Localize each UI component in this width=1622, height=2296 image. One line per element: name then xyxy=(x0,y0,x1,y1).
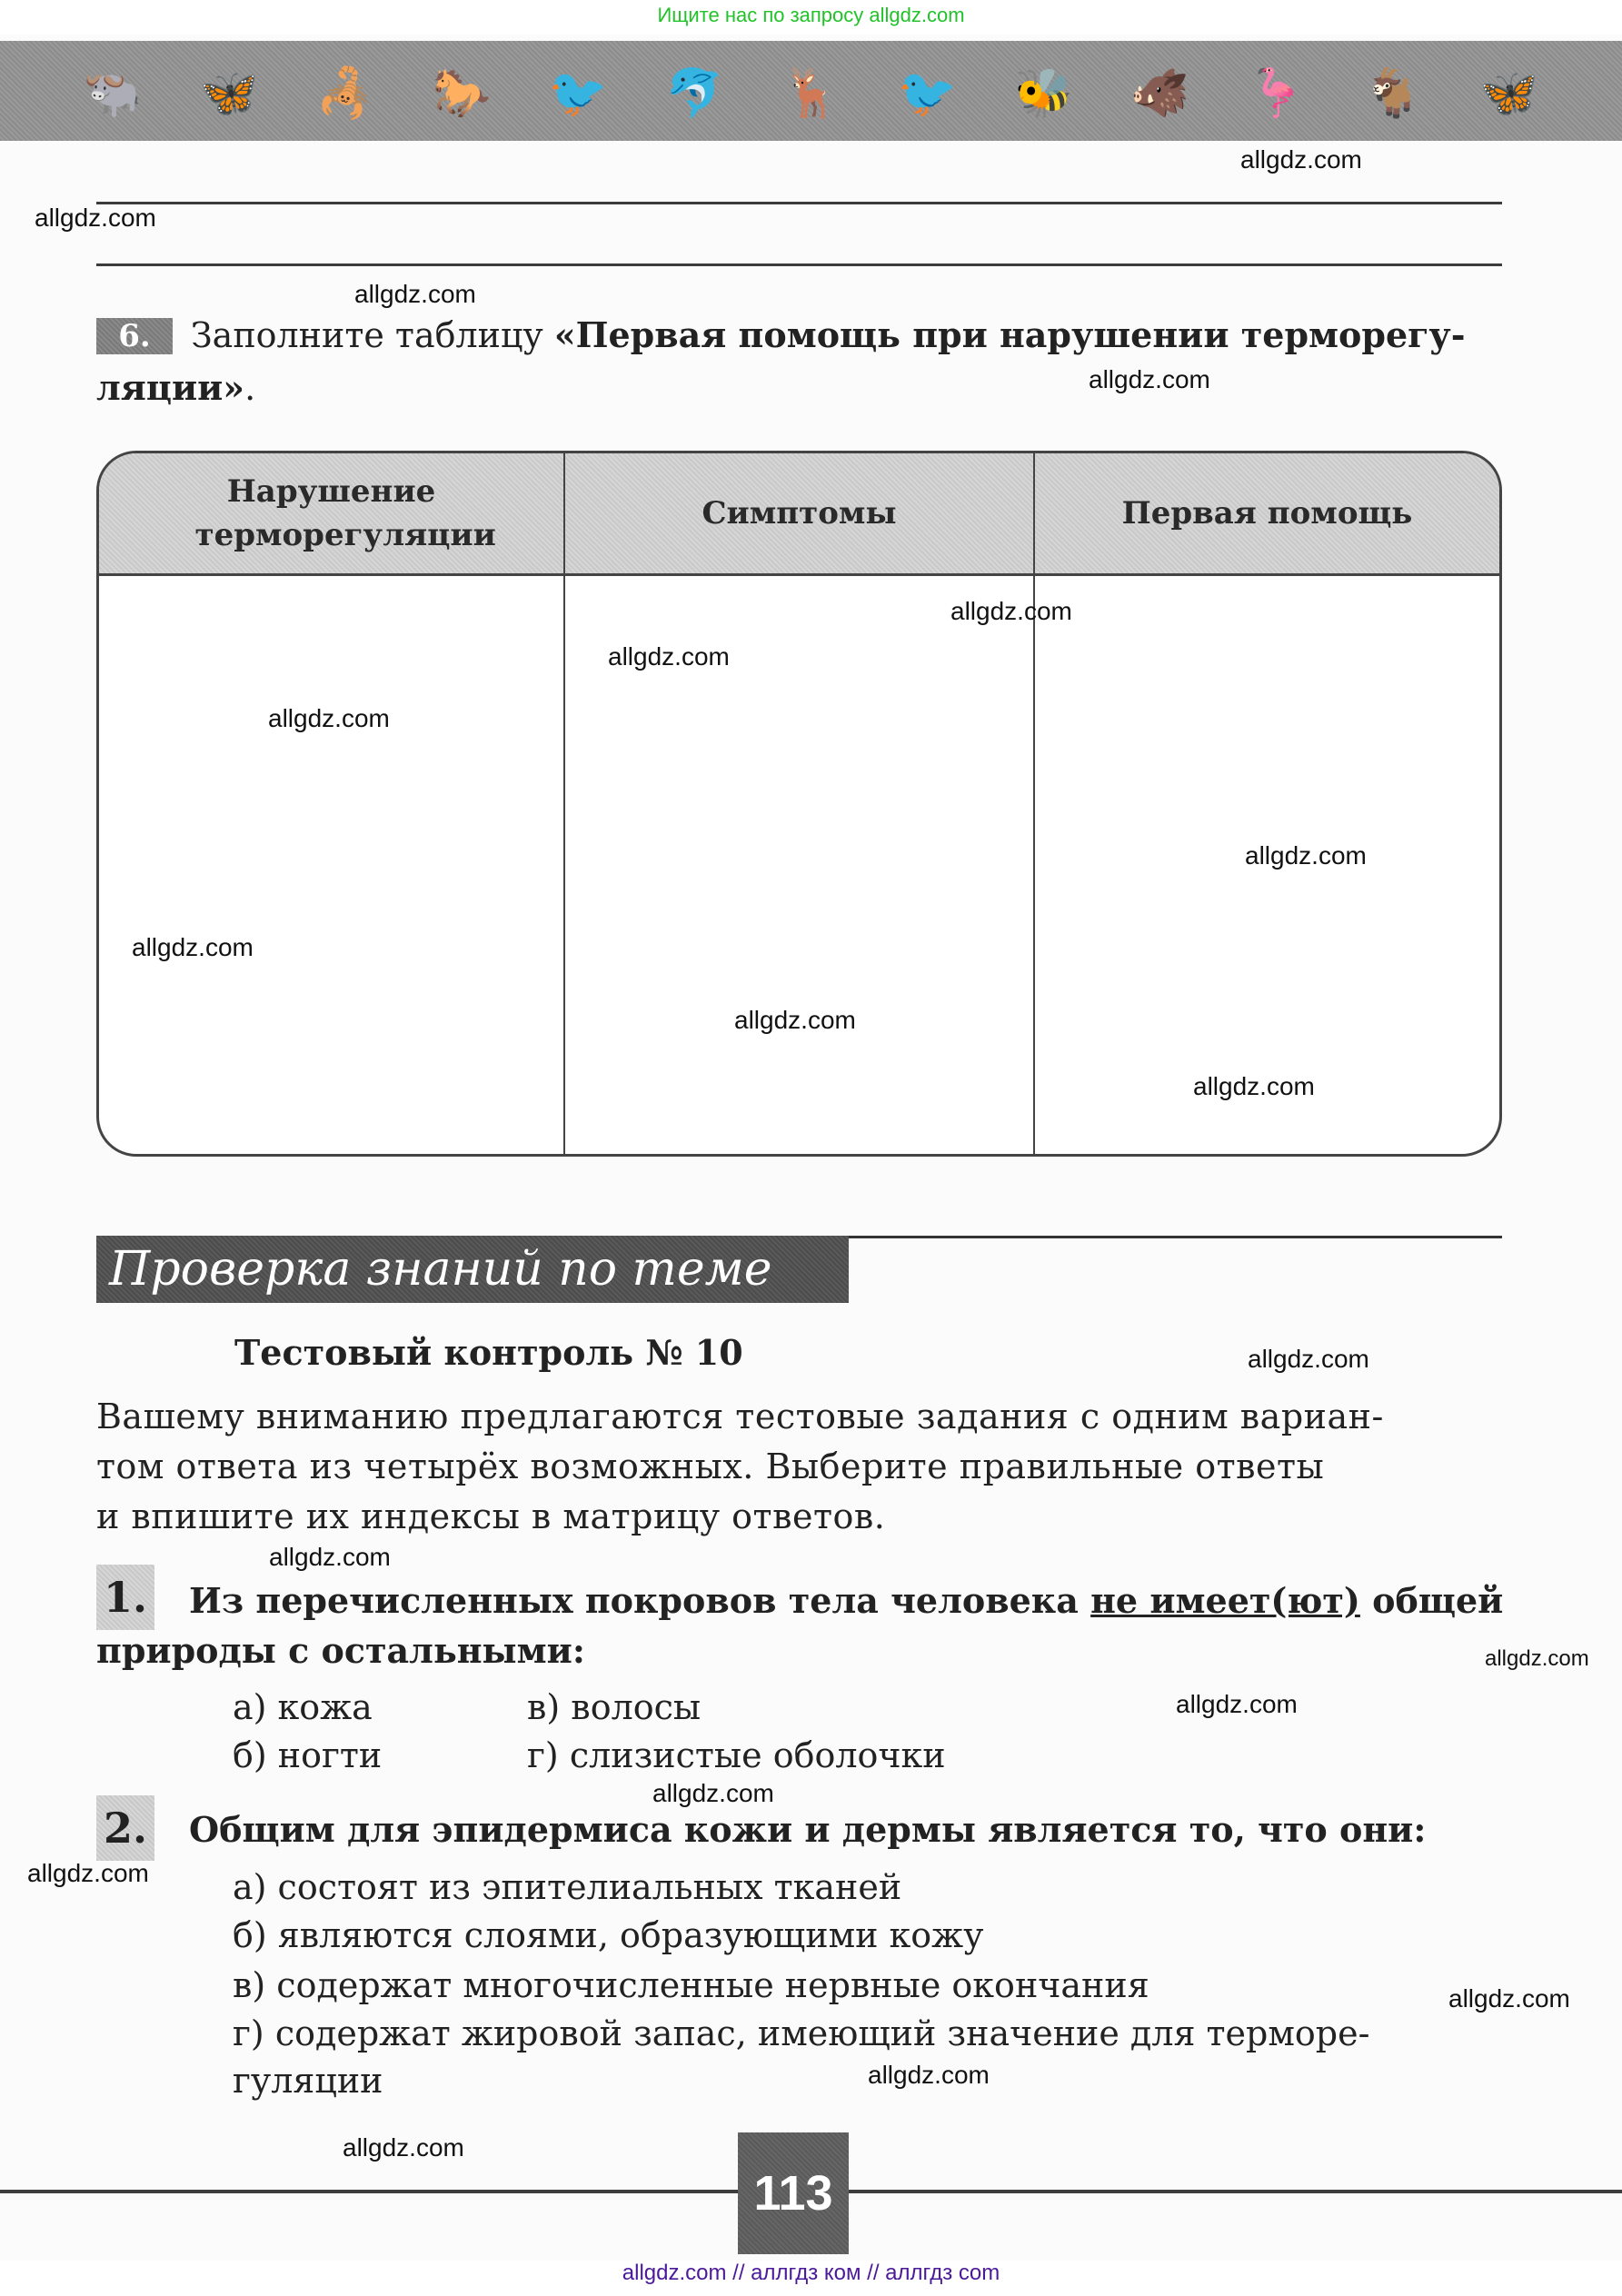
question-2-text: Общим для эпидермиса кожи и дермы являет… xyxy=(189,1804,1426,1854)
q1-underlined: не имеет(ют) xyxy=(1090,1580,1360,1621)
heron-icon: 🦩 xyxy=(1247,70,1306,117)
watermark: allgdz.com xyxy=(354,280,476,309)
watermark: allgdz.com xyxy=(132,933,254,962)
answer-line[interactable] xyxy=(96,202,1502,204)
q1-option-g[interactable]: г) слизистые оболочки xyxy=(527,1732,946,1780)
watermark: allgdz.com xyxy=(1240,145,1362,174)
table-title: «Первая помощь при нарушении терморегу- xyxy=(554,314,1466,355)
test-title: Тестовый контроль № 10 xyxy=(234,1332,743,1373)
watermark: allgdz.com xyxy=(1176,1690,1298,1719)
header-first-aid-label: Первая помощь xyxy=(1122,492,1413,535)
dolphin-icon: 🐬 xyxy=(665,70,724,117)
test-intro-line: том ответа из четырёх возможных. Выберит… xyxy=(96,1442,1324,1492)
task-6-instruction: Заполните таблицу «Первая помощь при нар… xyxy=(191,309,1508,362)
watermark: allgdz.com xyxy=(950,597,1072,626)
watermark: allgdz.com xyxy=(608,642,730,671)
horse-icon: 🐎 xyxy=(433,70,492,117)
page-number: 113 xyxy=(738,2132,849,2254)
watermark: allgdz.com xyxy=(35,204,156,233)
watermark: allgdz.com xyxy=(269,1543,391,1572)
q1-option-a[interactable]: а) кожа xyxy=(233,1684,373,1732)
header-symptoms-label: Симптомы xyxy=(702,492,896,535)
task-6-instruction-line2: ляции». xyxy=(96,362,255,414)
cell-disorder[interactable] xyxy=(99,576,563,1154)
question-1-number: 1. xyxy=(96,1565,154,1630)
watermark: allgdz.com xyxy=(27,1859,149,1888)
q2-option-g[interactable]: г) содержат жировой запас, имеющий значе… xyxy=(233,2010,1369,2058)
q2-option-b[interactable]: б) являются слоями, образующими кожу xyxy=(233,1912,983,1960)
test-intro-line: Вашему вниманию предлагаются тестовые за… xyxy=(96,1392,1384,1442)
butterfly-icon: 🦋 xyxy=(200,70,259,117)
watermark: allgdz.com xyxy=(1193,1072,1315,1101)
q1-text-end: общей xyxy=(1360,1580,1503,1621)
watermark: allgdz.com xyxy=(868,2061,990,2090)
insect-icon: 🐝 xyxy=(1014,70,1073,117)
question-2-number: 2. xyxy=(96,1795,154,1861)
first-aid-table: Нарушение терморегуляции Симптомы Первая… xyxy=(96,451,1502,1157)
q1-text-start: Из перечисленных покровов тела человека xyxy=(189,1580,1090,1621)
watermark: allgdz.com xyxy=(652,1779,774,1808)
animal-silhouettes: 🐃 🦋 🦂 🐎 🐦 🐬 🦌 🐦 🐝 🐗 🦩 🐐 🦋 xyxy=(0,53,1622,134)
header-first-aid: Первая помощь xyxy=(1035,453,1499,573)
table-title-cont: ляции» xyxy=(96,367,244,408)
watermark: allgdz.com xyxy=(1448,1984,1570,2013)
q2-option-v[interactable]: в) содержат многочисленные нервные оконч… xyxy=(233,1962,1149,2010)
bird-standing-icon: 🐦 xyxy=(898,70,957,117)
watermark: allgdz.com xyxy=(734,1006,856,1035)
q2-option-g-cont: гуляции xyxy=(233,2057,383,2105)
bird-icon: 🐦 xyxy=(549,70,608,117)
scorpion-icon: 🦂 xyxy=(316,70,375,117)
watermark: allgdz.com xyxy=(1245,841,1367,870)
watermark: allgdz.com xyxy=(268,704,390,733)
header-symptoms: Симптомы xyxy=(565,453,1033,573)
butterfly-icon: 🦋 xyxy=(1479,70,1538,117)
antelope-icon: 🐐 xyxy=(1363,70,1422,117)
boar-icon: 🐗 xyxy=(1130,70,1189,117)
watermark: allgdz.com xyxy=(1485,1646,1589,1672)
task-number-badge: 6. xyxy=(96,318,173,354)
site-search-hint: Ищите нас по запросу allgdz.com xyxy=(0,4,1622,27)
watermark: allgdz.com xyxy=(1089,365,1210,394)
question-1-text: Из перечисленных покровов тела человека … xyxy=(189,1575,1503,1625)
watermark: allgdz.com xyxy=(1248,1345,1369,1374)
q1-option-b[interactable]: б) ногти xyxy=(233,1732,382,1780)
q2-option-a[interactable]: а) состоят из эпителиальных тканей xyxy=(233,1864,901,1912)
task-6-text: Заполните таблицу xyxy=(191,315,554,355)
deer-icon: 🦌 xyxy=(781,70,841,117)
task-6-period: . xyxy=(244,368,255,408)
answer-line[interactable] xyxy=(96,263,1502,266)
watermark: allgdz.com xyxy=(343,2133,464,2162)
header-disorder-label: Нарушение терморегуляции xyxy=(195,470,468,557)
bottom-watermark: allgdz.com // аллгдз ком // аллгдз com xyxy=(0,2261,1622,2286)
section-title: Проверка знаний по теме xyxy=(96,1236,849,1303)
question-1-text-line2: природы с остальными: xyxy=(96,1625,585,1675)
test-intro-line: и впишите их индексы в матрицу ответов. xyxy=(96,1492,885,1542)
header-disorder: Нарушение терморегуляции xyxy=(99,453,563,573)
q1-option-v[interactable]: в) волосы xyxy=(527,1684,701,1732)
bison-icon: 🐃 xyxy=(84,70,143,117)
